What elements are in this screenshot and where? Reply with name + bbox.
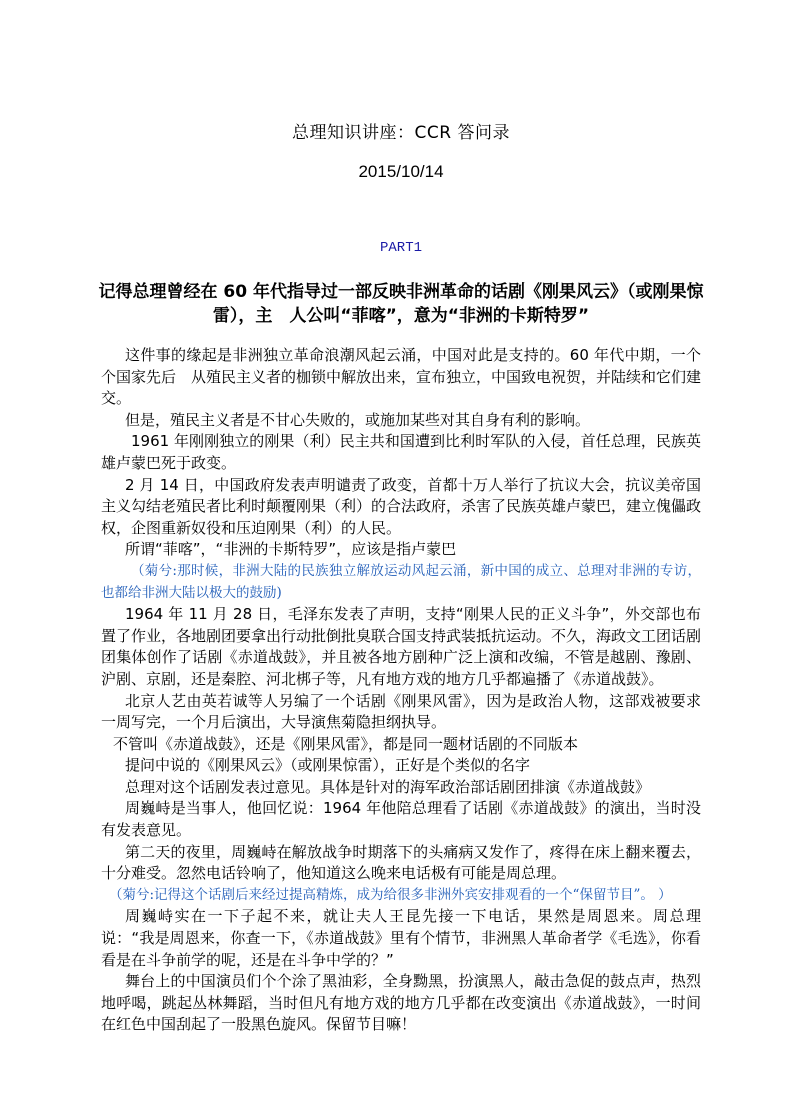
part-label: PART1 bbox=[101, 240, 701, 256]
paragraph: 周巍峙实在一下子起不来，就让夫人王昆先接一下电话，果然是周恩来。周总理说：“我是… bbox=[101, 906, 701, 971]
paragraph: 北京人艺由英若诚等人另编了一个话剧《刚果风雷》，因为是政治人物，这部戏被要求一周… bbox=[101, 691, 701, 734]
paragraph: 但是，殖民主义者是不甘心失败的，或施加某些对其自身有利的影响。 bbox=[101, 410, 701, 432]
question-heading: 记得总理曾经在 60 年代指导过一部反映非洲革命的话剧《刚果风云》（或刚果惊雷）… bbox=[91, 280, 711, 328]
document-body: 这件事的缘起是非洲独立革命浪潮风起云涌，中国对此是支持的。60 年代中期，一个个… bbox=[101, 345, 701, 1036]
paragraph: 这件事的缘起是非洲独立革命浪潮风起云涌，中国对此是支持的。60 年代中期，一个个… bbox=[101, 345, 701, 410]
paragraph: 舞台上的中国演员们个个涂了黑油彩，全身黝黑，扮演黑人，敲击急促的鼓点声，热烈地呼… bbox=[101, 971, 701, 1036]
paragraph: 1961 年刚刚独立的刚果（利）民主共和国遭到比利时军队的入侵，首任总理，民族英… bbox=[101, 431, 701, 474]
document-date: 2015/10/14 bbox=[101, 162, 701, 182]
paragraph: 所谓“菲喀”，“非洲的卡斯特罗”，应该是指卢蒙巴 bbox=[101, 539, 701, 561]
paragraph: 1964 年 11 月 28 日，毛泽东发表了声明，支持“刚果人民的正义斗争”，… bbox=[101, 604, 701, 690]
paragraph: 总理对这个话剧发表过意见。具体是针对的海军政治部话剧团排演《赤道战鼓》 bbox=[101, 777, 701, 799]
document-title: 总理知识讲座：CCR 答问录 bbox=[101, 118, 701, 143]
paragraph: 2 月 14 日，中国政府发表声明谴责了政变，首都十万人举行了抗议大会，抗议美帝… bbox=[101, 475, 701, 540]
paragraph: 周巍峙是当事人，他回忆说：1964 年他陪总理看了话剧《赤道战鼓》的演出，当时没… bbox=[101, 798, 701, 841]
paragraph: 不管叫《赤道战鼓》，还是《刚果风雷》，都是同一题材话剧的不同版本 bbox=[101, 734, 701, 756]
editor-note: （菊兮:那时候，非洲大陆的民族独立解放运动风起云涌，新中国的成立、总理对非洲的专… bbox=[101, 561, 701, 604]
editor-note: （菊兮:记得这个话剧后来经过提高精炼，成为给很多非洲外宾安排观看的一个“保留节目… bbox=[101, 885, 701, 907]
paragraph: 第二天的夜里，周巍峙在解放战争时期落下的头痛病又发作了，疼得在床上翻来覆去，十分… bbox=[101, 842, 701, 885]
paragraph: 提问中说的《刚果风云》（或刚果惊雷），正好是个类似的名字 bbox=[101, 755, 701, 777]
